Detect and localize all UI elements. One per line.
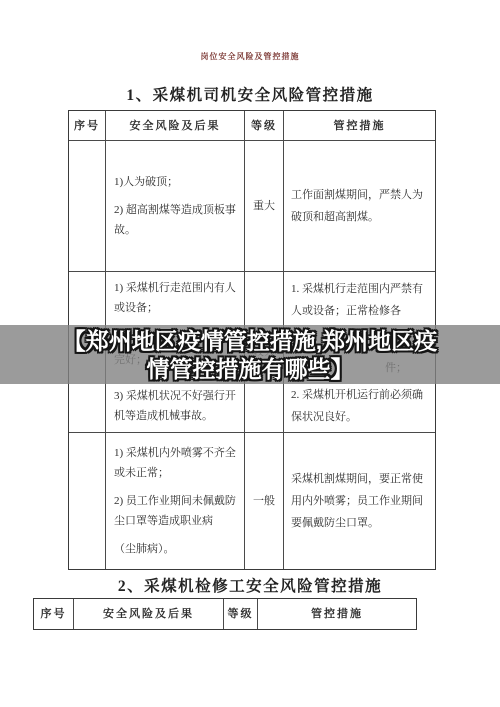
risk-item: 2) 员工作业期间未佩戴防尘口罩等造成职业病: [114, 491, 236, 531]
risk-item: （尘肺病）。: [114, 539, 236, 559]
section1-title: 1、采煤机司机安全风险管控措施: [0, 83, 500, 105]
risk-item: 3) 采煤机状况不好强行开机等造成机械事故。: [114, 386, 236, 426]
col-header-measures: 管控措施: [258, 599, 416, 629]
section2-title: 2、采煤机检修工安全风险管控措施: [0, 574, 500, 596]
measure-item: 1. 采煤机行走范围内严禁有人或设备；正常检修各: [291, 278, 423, 322]
risk-item: 1)人为破顶；: [114, 172, 236, 192]
col-header-no: 序号: [34, 599, 74, 629]
watermark-line2: 情管控措施有哪些】: [0, 355, 500, 383]
risk-item: 2) 超高割煤等造成顶板事故。: [114, 200, 236, 240]
col-header-risk: 安全风险及后果: [74, 599, 224, 629]
table1-row3-no-cell: [69, 433, 106, 569]
table1-row3-risk-cell: 1) 采煤机内外喷雾不齐全或未正常； 2) 员工作业期间未佩戴防尘口罩等造成职业…: [106, 433, 245, 569]
measure-item: 采煤机割煤期间，要正常使用内外喷雾；员工作业期间要佩戴防尘口罩。: [291, 468, 423, 534]
table1-row3-level-cell: 一般: [245, 433, 284, 569]
col-header-level: 等级: [245, 111, 284, 141]
table1-row1-risk-cell: 1)人为破顶； 2) 超高割煤等造成顶板事故。: [106, 141, 245, 272]
table1-row1-level-cell: 重大: [245, 141, 284, 272]
risk-item: 1) 采煤机内外喷雾不齐全或未正常；: [114, 443, 236, 483]
col-header-level: 等级: [224, 599, 258, 629]
watermark-overlay: 【郑州地区疫情管控措施,郑州地区疫 情管控措施有哪些】: [0, 325, 500, 384]
table1-row3-measures-cell: 采煤机割煤期间，要正常使用内外喷雾；员工作业期间要佩戴防尘口罩。: [284, 433, 435, 569]
table1-row1-no-cell: [69, 141, 106, 272]
risk-item: 1) 采煤机行走范围内有人或设备；: [114, 278, 236, 318]
watermark-line1: 【郑州地区疫情管控措施,郑州地区疫: [0, 327, 500, 355]
col-header-no: 序号: [69, 111, 106, 141]
measure-item: 工作面割煤期间，严禁人为破顶和超高割煤。: [291, 184, 423, 228]
col-header-measures: 管控措施: [284, 111, 435, 141]
measure-item: 2. 采煤机开机运行前必须确保状况良好。: [291, 384, 423, 428]
risk-table-2: 序号 安全风险及后果 等级 管控措施: [33, 598, 417, 630]
page-header-note: 岗位安全风险及管控措施: [0, 51, 500, 62]
table1-row1-measures-cell: 工作面割煤期间，严禁人为破顶和超高割煤。: [284, 141, 435, 272]
col-header-risk: 安全风险及后果: [106, 111, 245, 141]
document-page: 岗位安全风险及管控措施 1、采煤机司机安全风险管控措施 序号 安全风险及后果 等…: [0, 0, 500, 707]
